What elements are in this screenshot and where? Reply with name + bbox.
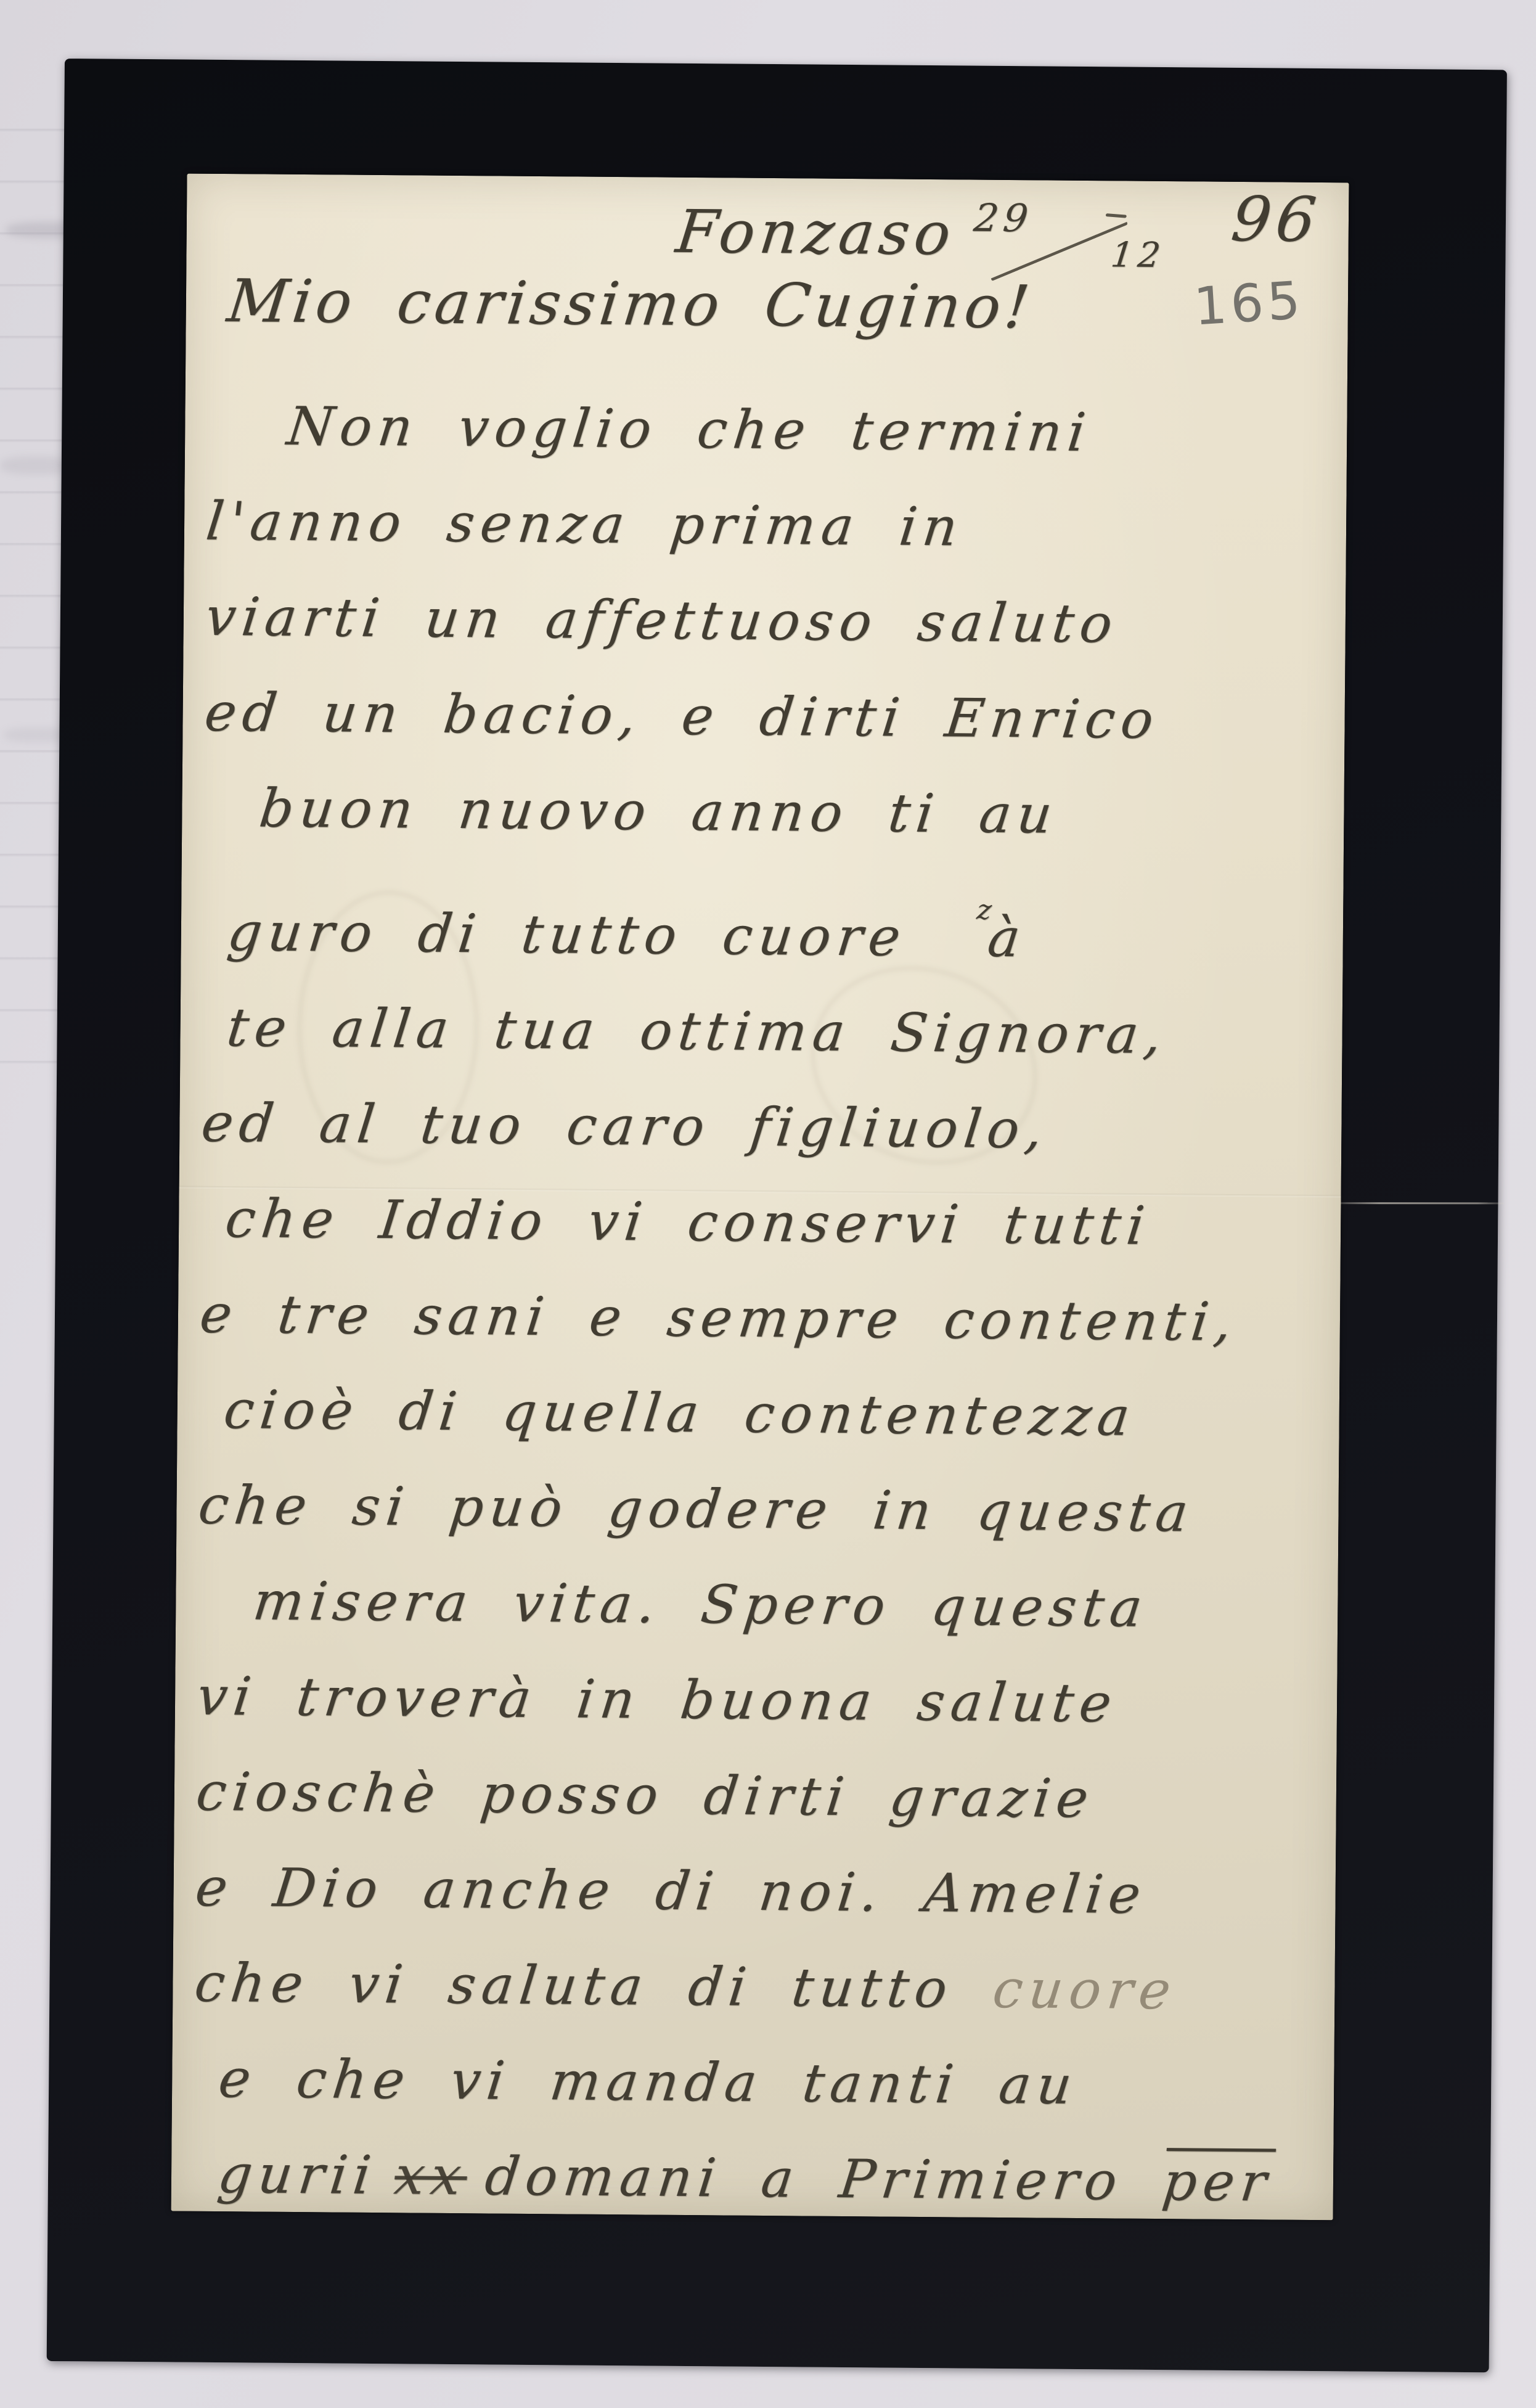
date-fraction: 2912	[968, 200, 1230, 271]
letter-line: viarti un affettuoso saluto	[200, 570, 1346, 674]
date-line: Fonzaso291296	[672, 195, 1322, 272]
letter-line: e Dio anche di noi. Amelie	[190, 1840, 1336, 1944]
faded-word: cuore	[990, 1959, 1180, 2021]
letter-line: cioè di quella contentezza	[219, 1362, 1339, 1467]
date-year: 96	[1228, 183, 1324, 256]
line-text: che vi saluta di tutto	[192, 1952, 957, 2020]
fold-crease-on-mount	[1325, 1202, 1504, 1204]
letter-line: e tre sani e sempre contenti,	[195, 1267, 1340, 1371]
place-name: Fonzaso	[672, 197, 958, 268]
line-text: domani a Primiero	[482, 2146, 1126, 2213]
letter-line: che si può godere in questa	[194, 1458, 1339, 1562]
letter-line: che Iddio vi conservi tutti	[221, 1171, 1341, 1276]
letter-line: guriixxdomani a Primiero per	[213, 2127, 1333, 2231]
letter-paper: Fonzaso291296 165 Mio carissimo Cugino! …	[171, 174, 1349, 2221]
black-mount-card: Fonzaso291296 165 Mio carissimo Cugino! …	[47, 59, 1507, 2372]
letter-line: buon nuovo anno ti au	[255, 761, 1344, 866]
line-text: gurii	[215, 2144, 380, 2206]
crossed-out-word: xx	[391, 2145, 470, 2207]
date-day: 29	[971, 195, 1035, 241]
line-text: à	[985, 907, 1030, 969]
letter-line: cioschè posso dirti grazie	[191, 1745, 1336, 1849]
letter-line: e che vi manda tanti au	[214, 2031, 1334, 2136]
letter-line: vi troverà in buona salute	[192, 1649, 1338, 1753]
letter-line: guro di tutto cuorezà	[223, 856, 1347, 989]
letter-line: Non voglio che termini	[282, 379, 1347, 483]
letter-line: che vi saluta di tutto cuore	[190, 1936, 1335, 2040]
pencil-page-number: 165	[1192, 270, 1305, 337]
date-month: 12	[1109, 235, 1167, 276]
line-text: guro di tutto cuore	[224, 901, 909, 969]
letter-body: Non voglio che termini l'anno senza prim…	[188, 379, 1337, 2231]
salutation: Mio carissimo Cugino!	[224, 266, 1037, 342]
abbreviated-word: per	[1159, 2151, 1275, 2213]
letter-line: ed al tuo caro figliuolo,	[197, 1076, 1342, 1180]
letter-line: te alla tua ottima Signora,	[222, 980, 1342, 1084]
letter-line: ed un bacio, e dirti Enrico	[200, 665, 1345, 769]
photograph-of-letter: { "photo": { "background_color": "#dedbe…	[0, 0, 1536, 2408]
letter-line: misera vita. Spero questa	[248, 1554, 1338, 1658]
letter-line: l'anno senza prima in	[201, 474, 1346, 578]
